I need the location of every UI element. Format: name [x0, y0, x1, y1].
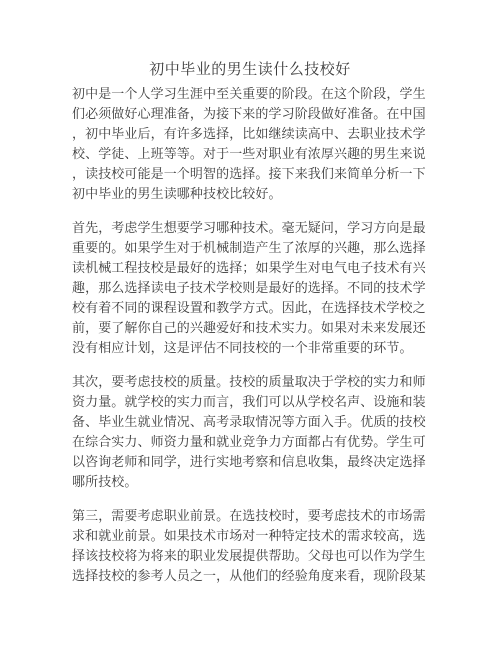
- text-line: 资力量。就学校的实力而言，我们可以从学校名声、设施和装: [72, 392, 428, 412]
- paragraph: 初中是一个人学习生涯中至关重要的阶段。在这个阶段，学生们必须做好心理准备，为接下…: [72, 84, 428, 204]
- text-line: 在综合实力、师资力量和就业竞争力方面都占有优势。学生可: [72, 432, 428, 452]
- paragraph: 首先，考虑学生想要学习哪种技术。毫无疑问，学习方向是最重要的。如果学生对于机械制…: [72, 218, 428, 358]
- article-page: 初中毕业的男生读什么技校好 初中是一个人学习生涯中至关重要的阶段。在这个阶段，学…: [0, 0, 500, 647]
- text-line: 第三，需要考虑职业前景。在选技校时，要考虑技术的市场需: [72, 506, 428, 526]
- text-line: 首先，考虑学生想要学习哪种技术。毫无疑问，学习方向是最: [72, 218, 428, 238]
- text-line: 趣，那么选择读电子技术学校则是最好的选择。不同的技术学: [72, 278, 428, 298]
- text-line: 校、学徒、上班等等。对于一些对职业有浓厚兴趣的男生来说: [72, 144, 428, 164]
- text-line: 哪所技校。: [72, 472, 428, 492]
- text-line: 初中是一个人学习生涯中至关重要的阶段。在这个阶段，学生: [72, 84, 428, 104]
- text-line: 选择技校的参考人员之一，从他们的经验角度来看，现阶段某: [72, 566, 428, 586]
- text-line: 其次，要考虑技校的质量。技校的质量取决于学校的实力和师: [72, 372, 428, 392]
- text-line: 们必须做好心理准备，为接下来的学习阶段做好准备。在中国: [72, 104, 428, 124]
- text-line: 重要的。如果学生对于机械制造产生了浓厚的兴趣，那么选择: [72, 238, 428, 258]
- article-title: 初中毕业的男生读什么技校好: [72, 60, 428, 80]
- text-line: 备、毕业生就业情况、高考录取情况等方面入手。优质的技校: [72, 412, 428, 432]
- text-line: 求和就业前景。如果技术市场对一种特定技术的需求较高，选: [72, 526, 428, 546]
- paragraph: 其次，要考虑技校的质量。技校的质量取决于学校的实力和师资力量。就学校的实力而言，…: [72, 372, 428, 492]
- text-line: 择该技校将为将来的职业发展提供帮助。父母也可以作为学生: [72, 546, 428, 566]
- text-line: 初中毕业的男生读哪种技校比较好。: [72, 184, 428, 204]
- text-line: 读机械工程技校是最好的选择；如果学生对电气电子技术有兴: [72, 258, 428, 278]
- text-line: 前，要了解你自己的兴趣爱好和技术实力。如果对未来发展还: [72, 318, 428, 338]
- text-line: 没有相应计划，这是评估不同技校的一个非常重要的环节。: [72, 338, 428, 358]
- paragraph: 第三，需要考虑职业前景。在选技校时，要考虑技术的市场需求和就业前景。如果技术市场…: [72, 506, 428, 586]
- text-line: 以咨询老师和同学，进行实地考察和信息收集，最终决定选择: [72, 452, 428, 472]
- text-line: 校有着不同的课程设置和教学方式。因此，在选择技术学校之: [72, 298, 428, 318]
- text-line: ，初中毕业后，有许多选择，比如继续读高中、去职业技术学: [72, 124, 428, 144]
- text-line: ，读技校可能是一个明智的选择。接下来我们来简单分析一下: [72, 164, 428, 184]
- article-body: 初中是一个人学习生涯中至关重要的阶段。在这个阶段，学生们必须做好心理准备，为接下…: [0, 84, 500, 586]
